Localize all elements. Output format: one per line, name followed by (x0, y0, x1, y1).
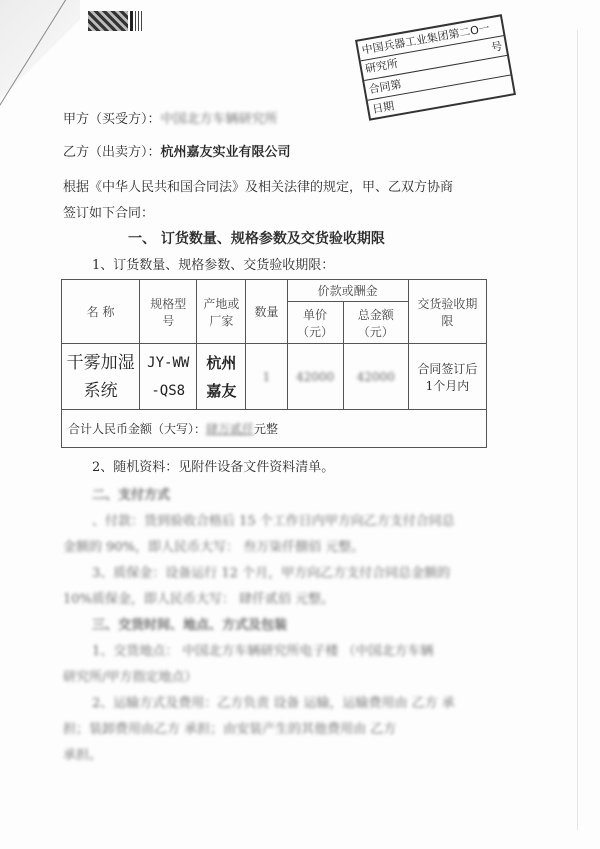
party-b-value: 杭州嘉友实业有限公司 (161, 145, 291, 160)
section2-p1-line1: 、付款：货到验收合格后 15 个工作日内甲方向乙方支付合同总 (92, 510, 455, 529)
party-b-label: 乙方（出卖方）： (63, 145, 161, 160)
header-origin: 产地或厂家 (197, 280, 246, 344)
table-sum-row: 合计人民币金额（大写）：肆万贰仟元整 (62, 410, 487, 448)
section3-title: 三、交货时间、地点、方式及包装 (92, 614, 287, 633)
preamble-line1: 根据《中华人民共和国合同法》及相关法律的规定，甲、乙双方协商 (63, 176, 453, 195)
section3-p2-line3: 承担。 (63, 744, 102, 763)
party-a-value: 中国北方车辆研究所 (161, 112, 278, 127)
cell-unit-price: 42000 (287, 344, 343, 410)
header-name: 名 称 (62, 280, 140, 344)
cell-origin: 杭州嘉友 (197, 344, 246, 410)
section1-item1: 1、订货数量、规格参数、交货验收期限： (92, 254, 334, 273)
sum-suffix: 元整 (254, 422, 278, 436)
preamble-line2: 签订如下合同： (63, 202, 154, 221)
party-a: 甲方（买受方）：中国北方车辆研究所 (63, 108, 278, 127)
section2-p1-line2: 金额的 90%，即人民币大写： 叁万柒仟捌佰 元整。 (63, 536, 364, 555)
cell-name: 干雾加湿系统 (62, 344, 140, 410)
section2-p3-line2: 10%质保金，即人民币大写： 肆仟贰佰 元整。 (63, 588, 334, 607)
section1-item2: 2、随机资料：见附件设备文件资料清单。 (92, 456, 334, 475)
page-edge (577, 30, 578, 830)
header-unit-price: 单价（元） (287, 302, 343, 344)
section3-p1-line1: 1、交货地点： 中国北方车辆研究所电子楼 （中国北方车辆 (92, 640, 434, 659)
header-model: 规格型号 (140, 280, 197, 344)
header-delivery: 交货验收期限 (408, 280, 486, 344)
header-price-group: 价款或酬金 (287, 280, 408, 302)
party-a-label: 甲方（买受方）： (63, 112, 161, 127)
cell-total: 42000 (343, 344, 408, 410)
barcode-icon (88, 10, 158, 32)
cell-model: JY-WW-QS8 (140, 344, 197, 410)
party-b: 乙方（出卖方）：杭州嘉友实业有限公司 (63, 141, 291, 160)
section2-p3-line1: 3、质保金：设备运行 12 个月，甲方向乙方支付合同总金额的 (92, 562, 450, 581)
header-total: 总金额（元） (343, 302, 408, 344)
cell-qty: 1 (246, 344, 287, 410)
contract-page: 中国兵器工业集团第二O一研究所 号 合同第 日期 甲方（买受方）：中国北方车辆研… (0, 0, 600, 849)
sum-value: 肆万贰仟 (206, 422, 254, 436)
contract-stamp: 中国兵器工业集团第二O一研究所 号 合同第 日期 (355, 14, 516, 121)
sum-label: 合计人民币金额（大写）： (68, 422, 206, 436)
sum-cell: 合计人民币金额（大写）：肆万贰仟元整 (62, 410, 487, 448)
stamp-number-suffix: 号 (490, 37, 504, 58)
section1-title: 一、 订货数量、规格参数及交货验收期限 (128, 228, 385, 248)
cell-delivery: 合同签订后1个月内 (408, 344, 486, 410)
table-row: 干雾加湿系统 JY-WW-QS8 杭州嘉友 1 42000 42000 合同签订… (62, 344, 487, 410)
spec-table: 名 称 规格型号 产地或厂家 数量 价款或酬金 交货验收期限 单价（元） 总金额… (61, 279, 487, 448)
section3-p2-line2: 担；装卸费用由乙方 承担；由安装产生的其他费用由 乙方 (63, 718, 396, 737)
header-qty: 数量 (246, 280, 287, 344)
section3-p1-line2: 研究所/甲方指定地点） (63, 666, 197, 685)
section2-title: 二、支付方式 (92, 484, 170, 503)
section3-p2-line1: 2、运输方式及费用：乙方负责 设备 运输，运输费用由 乙方 承 (92, 692, 455, 711)
